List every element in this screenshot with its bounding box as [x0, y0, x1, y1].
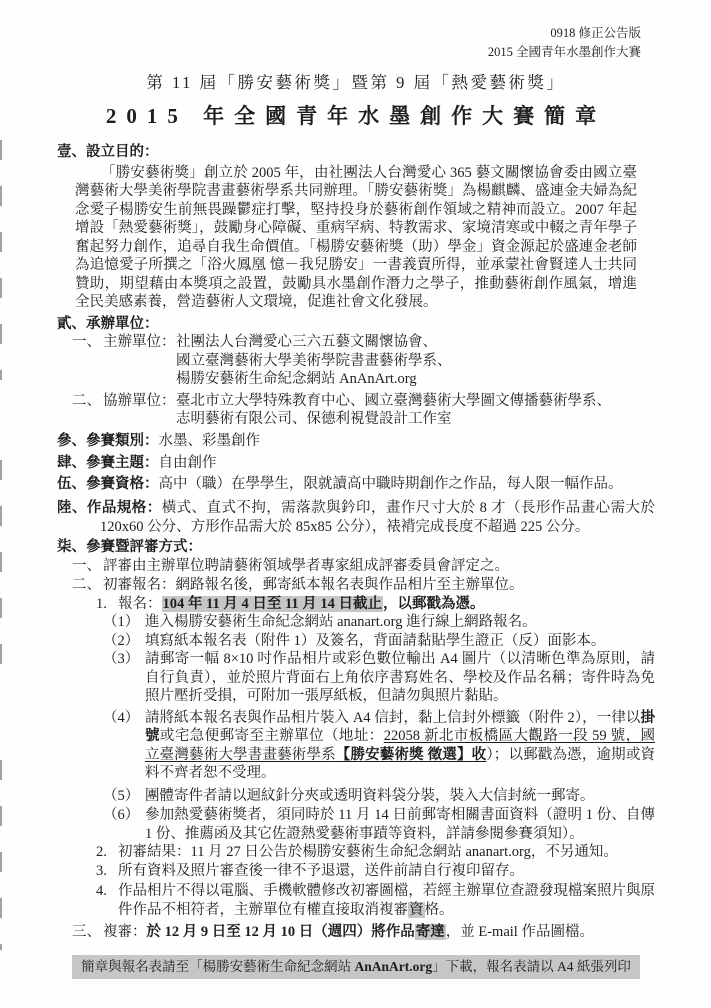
competition-name-line: 2015 全國青年水墨創作大賽: [488, 43, 641, 62]
item-number: 三、: [72, 923, 101, 942]
step-6-item: （6） 參加熱愛藝術獎者，須同時於 11 月 14 日前郵寄相關書面資料（證明 …: [57, 806, 655, 843]
no-return-item: 3. 所有資料及照片審查後一律不予退還，送件前請自行複印留存。: [57, 862, 655, 881]
step-4-text: 請將紙本報名表與作品相片裝入 A4 信封，黏上信封外標籤（附件 2），一律以掛號…: [145, 709, 655, 783]
spec-value: 橫式、直式不拘，需落款與鈐印，畫作尺寸大於 8 才（長形作品畫心需大於 120x…: [100, 500, 655, 535]
final-review-text: 複審：於 12 月 9 日至 12 月 10 日（週四）將作品寄達，並 E-ma…: [103, 923, 655, 942]
item-number: 一、: [72, 333, 101, 352]
final-review-tail: ，並 E-mail 作品圖檔。: [446, 924, 594, 940]
host-organizer-item: 一、 主辦單位： 社團法人台灣愛心三六五藝文關懷協會、 國立臺灣藝術大學美術學院…: [57, 333, 655, 389]
scan-artifact: [0, 140, 2, 380]
preliminary-registration-text: 初審報名：網路報名後，郵寄紙本報名表與作品相片至主辦單位。: [103, 576, 655, 595]
final-review-item: 三、 複審：於 12 月 9 日至 12 月 10 日（週四）將作品寄達，並 E…: [57, 923, 655, 942]
no-edit-item: 4. 作品相片不得以電腦、手機軟體修改初審圖檔，若經主辦單位查證發現檔案照片與原…: [57, 882, 655, 919]
spec-section: 陸、作品規格：橫式、直式不拘，需落款與鈐印，畫作尺寸大於 8 才（長形作品畫心需…: [57, 499, 655, 536]
section-2-heading: 貳、承辦單位：: [57, 315, 655, 334]
deadline-highlight: 104 年 11 月 4 日至 11 月 14 日截止: [162, 596, 384, 612]
final-review-dates: 於 12 月 9 日至 12 月 10 日（週四）將作品: [147, 924, 415, 940]
download-instruction-tail: 」下載，報名表請以 A4 紙張列印: [432, 959, 631, 974]
item-number: （5）: [103, 787, 139, 806]
host-organizer-line: 國立臺灣藝術大學美術學院書畫藝術學系、: [176, 352, 655, 371]
site-name: AnAnArt.org: [355, 959, 433, 974]
item-number: （2）: [103, 632, 139, 651]
purpose-paragraph: 「勝安藝術獎」創立於 2005 年，由社團法人台灣愛心 365 藝文關懷協會委由…: [75, 164, 637, 312]
item-number: 一、: [72, 557, 101, 576]
co-organizer-line: 臺北市立大學特殊教育中心、國立臺灣藝術大學圖文傳播藝術學系、: [176, 392, 655, 411]
deadline-label: 報名：: [118, 596, 162, 612]
item-number: 4.: [96, 882, 107, 901]
postmark-note: ，以郵戳為憑。: [383, 596, 485, 612]
step-5-item: （5） 團體寄件者請以迴紋針分夾或透明資料袋分裝，裝入大信封統一郵寄。: [57, 787, 655, 806]
theme-section: 肆、參賽主題：自由創作: [57, 454, 655, 473]
item-number: 二、: [72, 576, 101, 595]
final-review-label: 複審：: [103, 924, 147, 940]
section-4-heading: 肆、參賽主題：: [57, 455, 159, 471]
no-edit-text: 作品相片不得以電腦、手機軟體修改初審圖檔，若經主辦單位查證發現檔案照片與原件作品…: [118, 882, 655, 919]
mailing-mid: 或宅急便郵寄至主辦單位（地址：: [160, 728, 384, 744]
section-3-heading: 參、參賽類別：: [57, 433, 159, 449]
review-committee-item: 一、 評審由主辦單位聘請藝術領域學者專家組成評審委員會評定之。: [57, 557, 655, 576]
mailing-recipient: 【勝安藝術獎 徵選】收: [336, 747, 487, 763]
no-edit-tail: 格。: [425, 902, 454, 918]
no-return-text: 所有資料及照片審查後一律不予退還，送件前請自行複印留存。: [118, 862, 655, 881]
item-number: （4）: [103, 709, 139, 728]
section-1-heading: 壹、設立目的：: [57, 143, 655, 162]
category-section: 參、參賽類別：水墨、彩墨創作: [57, 432, 655, 451]
section-5-heading: 伍、參賽資格：: [57, 476, 159, 492]
item-number: 二、: [72, 392, 101, 411]
eligibility-value: 高中（職）在學學生，限就讀高中職時期創作之作品，每人限一幅作品。: [159, 476, 623, 492]
item-number: （1）: [103, 613, 139, 632]
preliminary-registration-item: 二、 初審報名：網路報名後，郵寄紙本報名表與作品相片至主辦單位。: [57, 576, 655, 595]
step-5-text: 團體寄件者請以迴紋針分夾或透明資料袋分裝，裝入大信封統一郵寄。: [145, 787, 655, 806]
section-6-heading: 陸、作品規格：: [57, 500, 162, 516]
review-committee-text: 評審由主辦單位聘請藝術領域學者專家組成評審委員會評定之。: [103, 557, 655, 576]
section-7-heading: 柒、參賽暨評審方式：: [57, 538, 655, 557]
step-2-text: 填寫紙本報名表（附件 1）及簽名，背面請黏貼學生證正（反）面影本。: [145, 632, 655, 651]
theme-value: 自由創作: [159, 455, 217, 471]
delivery-highlight: 寄達: [415, 924, 446, 940]
category-value: 水墨、彩墨創作: [159, 433, 261, 449]
mailing-intro: 請將紙本報名表與作品相片裝入 A4 信封，黏上信封外標籤（附件 2），一律以: [145, 710, 641, 726]
registration-deadline-item: 1. 報名：104 年 11 月 4 日至 11 月 14 日截止，以郵戳為憑。: [57, 595, 655, 614]
host-organizer-line: 社團法人台灣愛心三六五藝文關懷協會、: [176, 333, 655, 352]
co-organizer-line: 志明藝術有限公司、保德利視覺設計工作室: [176, 410, 655, 429]
page-title: 2015 年全國青年水墨創作大賽簡章: [57, 101, 655, 131]
scan-artifact: [0, 760, 2, 950]
item-number: （6）: [103, 806, 139, 825]
download-instruction: 簡章與報名表請至「楊勝安藝術生命紀念網站 AnAnArt.org」下載，報名表請…: [72, 955, 640, 979]
item-number: 3.: [96, 862, 107, 881]
preliminary-result-text: 初審結果：11 月 27 日公告於楊勝安藝術生命紀念網站 ananart.org…: [118, 843, 655, 862]
award-edition-subtitle: 第 11 屆「勝安藝術獎」暨第 9 屆「熱愛藝術獎」: [57, 71, 655, 95]
step-3-text: 請郵寄一幅 8×10 吋作品相片或彩色數位輸出 A4 圖片（以清晰色準為原則，請…: [145, 650, 655, 706]
step-6-text: 參加熱愛藝術獎者，須同時於 11 月 14 日前郵寄相關書面資料（證明 1 份、…: [145, 806, 655, 843]
eligibility-section: 伍、參賽資格：高中（職）在學學生，限就讀高中職時期創作之作品，每人限一幅作品。: [57, 475, 655, 494]
revision-version-line: 0918 修正公告版: [488, 24, 641, 43]
item-number: 2.: [96, 843, 107, 862]
step-3-item: （3） 請郵寄一幅 8×10 吋作品相片或彩色數位輸出 A4 圖片（以清晰色準為…: [57, 650, 655, 706]
step-2-item: （2） 填寫紙本報名表（附件 1）及簽名，背面請黏貼學生證正（反）面影本。: [57, 632, 655, 651]
download-instruction-lead: 簡章與報名表請至「楊勝安藝術生命紀念網站: [81, 959, 354, 974]
co-organizer-item: 二、 協辦單位： 臺北市立大學特殊教育中心、國立臺灣藝術大學圖文傳播藝術學系、 …: [57, 392, 655, 429]
no-edit-main: 作品相片不得以電腦、手機軟體修改初審圖檔，若經主辦單位查證發現檔案照片與原件作品…: [118, 883, 655, 918]
step-1-item: （1） 進入楊勝安藝術生命紀念網站 ananart.org 進行線上網路報名。: [57, 613, 655, 632]
scan-artifact: [0, 460, 2, 690]
registration-deadline-text: 報名：104 年 11 月 4 日至 11 月 14 日截止，以郵戳為憑。: [118, 595, 655, 614]
item-number: 1.: [96, 595, 107, 614]
preliminary-result-item: 2. 初審結果：11 月 27 日公告於楊勝安藝術生命紀念網站 ananart.…: [57, 843, 655, 862]
item-number: （3）: [103, 650, 139, 669]
co-organizer-label: 協辦單位：: [103, 392, 176, 411]
step-4-item: （4） 請將紙本報名表與作品相片裝入 A4 信封，黏上信封外標籤（附件 2），一…: [57, 709, 655, 783]
host-organizer-label: 主辦單位：: [103, 333, 176, 352]
document-page: 0918 修正公告版 2015 全國青年水墨創作大賽 第 11 屆「勝安藝術獎」…: [0, 0, 711, 1008]
revision-note: 0918 修正公告版 2015 全國青年水墨創作大賽: [488, 24, 641, 62]
step-1-text: 進入楊勝安藝術生命紀念網站 ananart.org 進行線上網路報名。: [145, 613, 655, 632]
host-organizer-line: 楊勝安藝術生命紀念網站 AnAnArt.org: [176, 370, 655, 389]
footer-note: 簡章與報名表請至「楊勝安藝術生命紀念網站 AnAnArt.org」下載，報名表請…: [57, 955, 655, 979]
qualification-highlight: 資: [408, 902, 425, 918]
